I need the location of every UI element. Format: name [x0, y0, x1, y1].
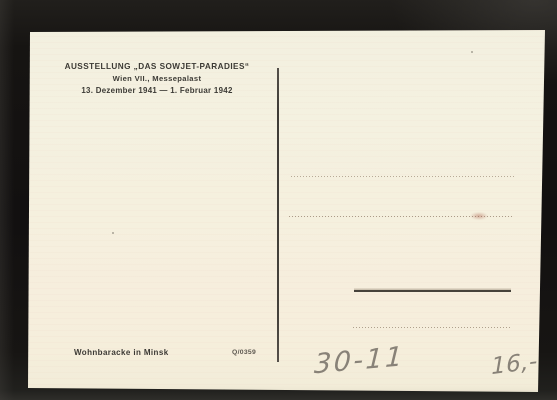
image-caption: Wohnbaracke in Minsk	[74, 348, 169, 357]
ink-smudge	[470, 212, 488, 220]
handwritten-price: 16,-	[491, 348, 538, 380]
paper-speck	[471, 51, 473, 53]
exhibition-title: AUSSTELLUNG „DAS SOWJET-PARADIES“	[58, 60, 256, 73]
exhibition-dates: 13. Dezember 1941 — 1. Februar 1942	[58, 85, 256, 97]
center-divider-line	[277, 68, 279, 362]
handwritten-inventory-number: 30-11	[313, 341, 405, 380]
exhibition-venue: Wien VII., Messepalast	[58, 73, 256, 85]
address-dotted-line-3	[353, 327, 511, 328]
paper-speck	[112, 232, 114, 234]
plate-number: Q/0359	[232, 349, 256, 356]
address-dotted-line-1	[291, 176, 514, 177]
scanned-photo-background: AUSSTELLUNG „DAS SOWJET-PARADIES“ Wien V…	[0, 0, 557, 400]
address-solid-line	[354, 290, 511, 292]
postcard-back: AUSSTELLUNG „DAS SOWJET-PARADIES“ Wien V…	[0, 0, 557, 400]
exhibition-header: AUSSTELLUNG „DAS SOWJET-PARADIES“ Wien V…	[58, 60, 256, 96]
